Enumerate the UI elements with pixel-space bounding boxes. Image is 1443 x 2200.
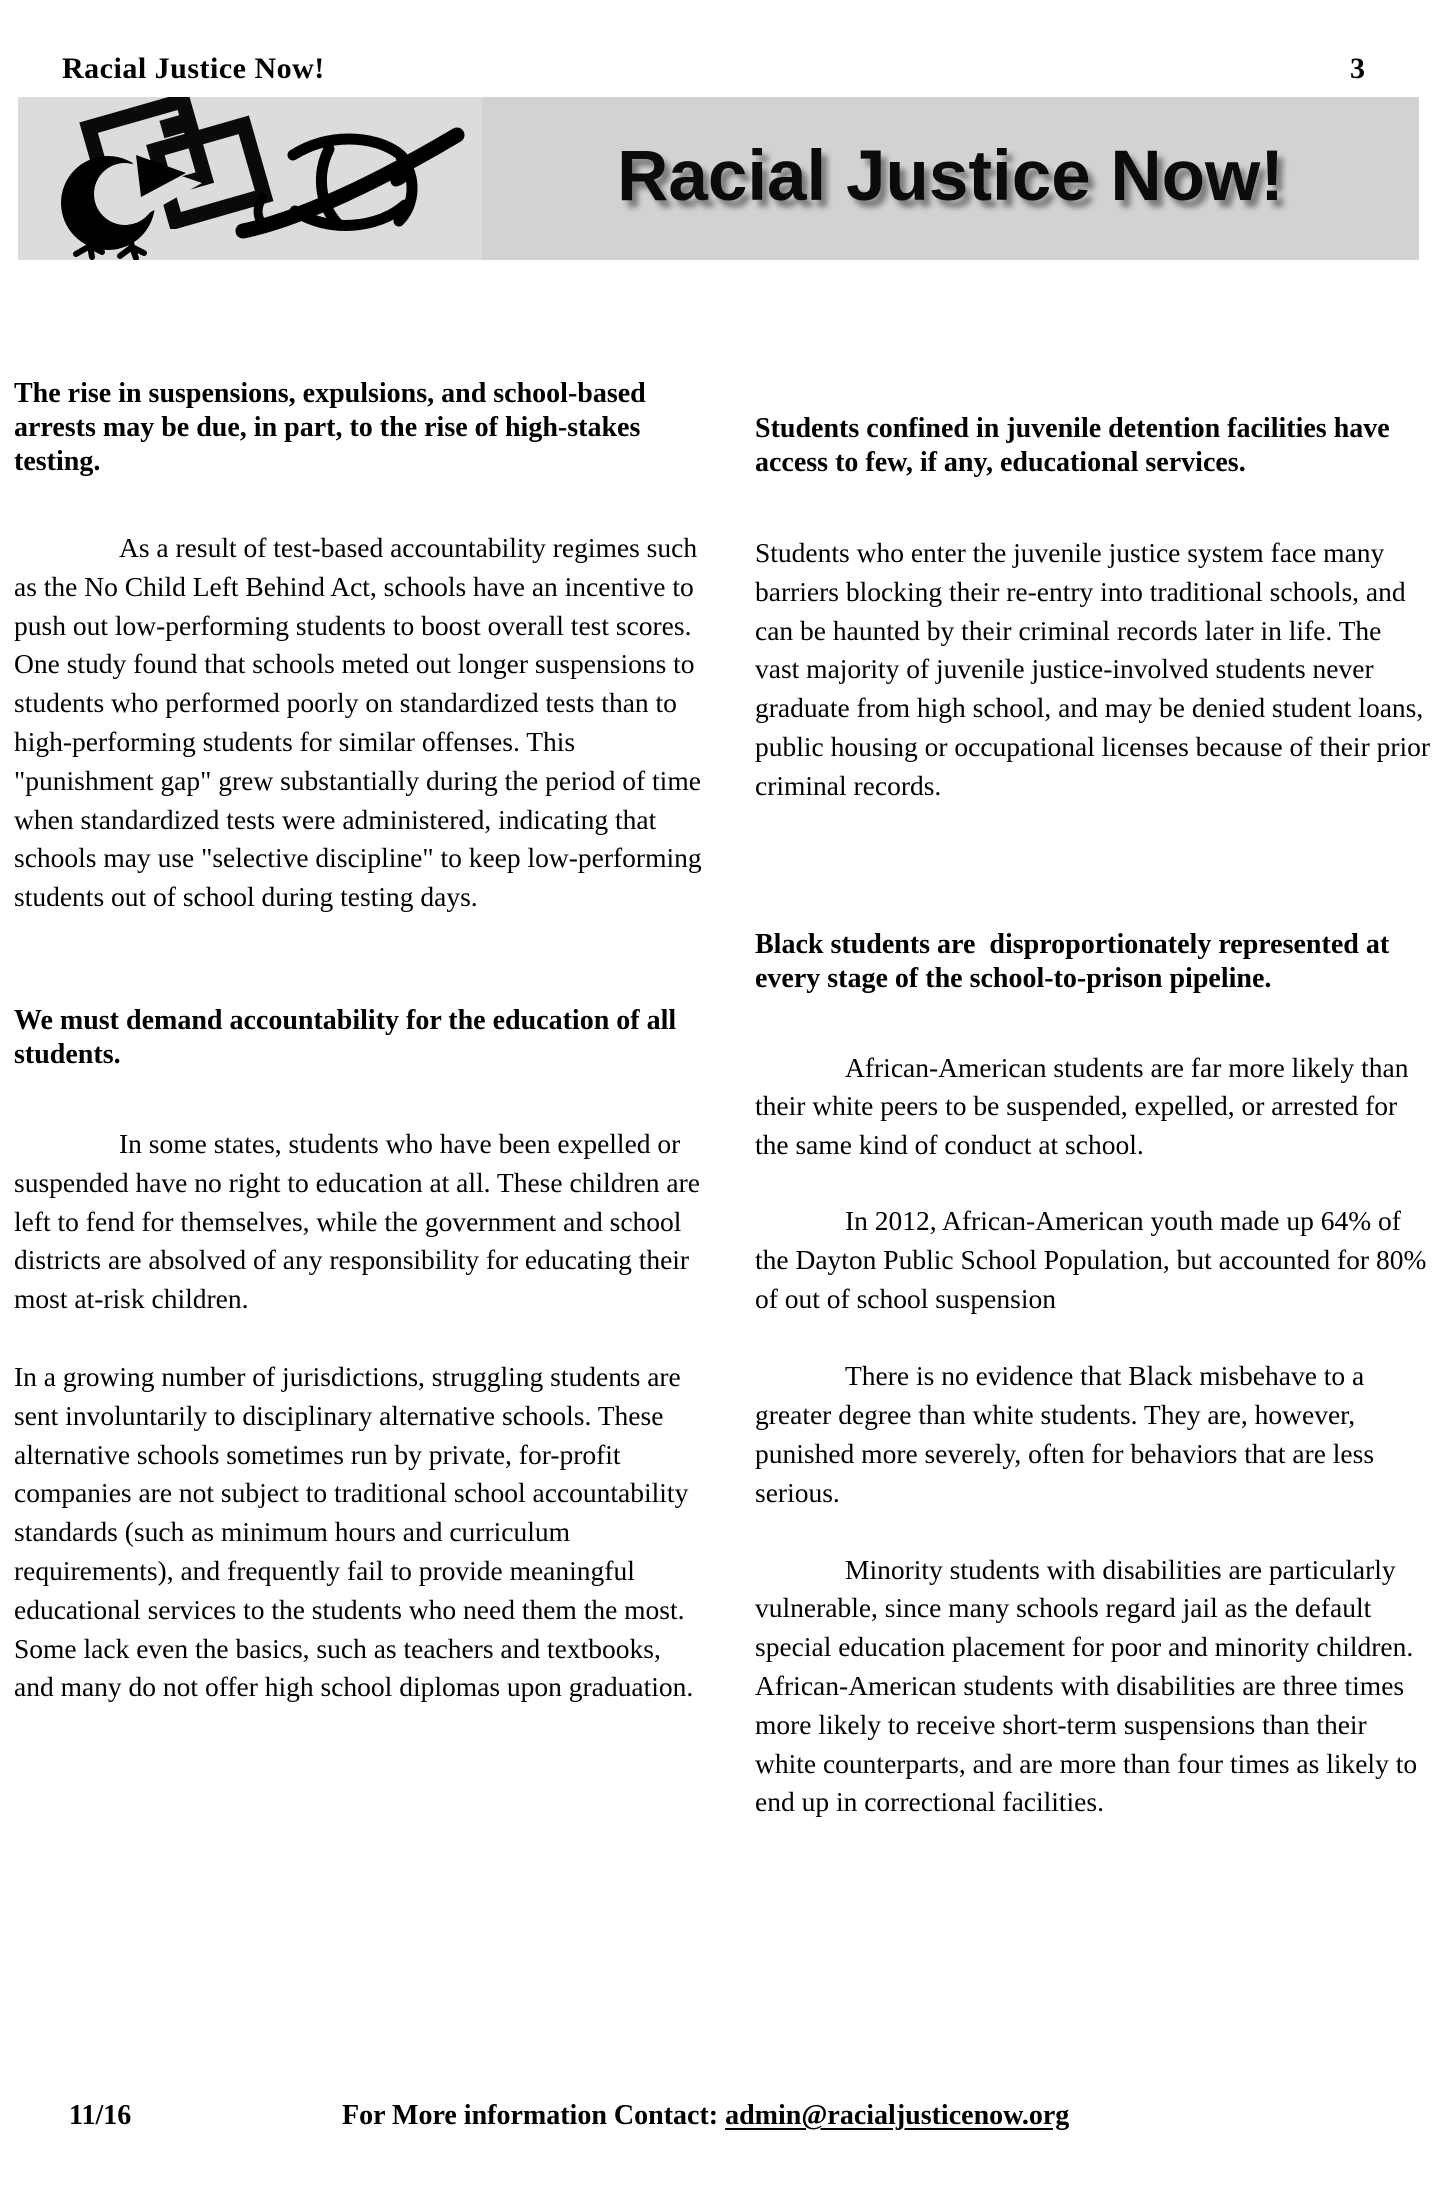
banner: Racial Justice Now!: [18, 97, 1419, 260]
body-paragraph: Students who enter the juvenile justice …: [755, 534, 1431, 806]
masthead-title: Racial Justice Now!: [62, 52, 325, 86]
section-heading: Students confined in juvenile detention …: [755, 412, 1431, 480]
banner-title-area: Racial Justice Now!: [482, 97, 1419, 260]
body-paragraph: In a growing number of jurisdictions, st…: [14, 1358, 706, 1707]
body-paragraph: In 2012, African-American youth made up …: [755, 1202, 1431, 1318]
sankofa-bird-icon: [44, 143, 219, 260]
body-paragraph: African-American students are far more l…: [755, 1049, 1431, 1165]
body-paragraph: Minority students with disabilities are …: [755, 1551, 1431, 1823]
section-heading: The rise in suspensions, expulsions, and…: [14, 377, 706, 479]
column-right: Students confined in juvenile detention …: [755, 412, 1431, 1822]
body-paragraph: There is no evidence that Black misbehav…: [755, 1357, 1431, 1512]
section-heading: Black students are disproportionately re…: [755, 928, 1431, 996]
footer-contact-label: For More information Contact:: [342, 2100, 725, 2131]
swirl-cross-icon: [231, 125, 471, 243]
footer-issue-date: 11/16: [69, 2100, 131, 2132]
logo: [18, 97, 482, 260]
banner-title: Racial Justice Now!: [617, 136, 1284, 221]
body-paragraph: As a result of test-based accountability…: [14, 529, 706, 917]
body-paragraph: In some states, students who have been e…: [14, 1125, 706, 1319]
page-number: 3: [1350, 52, 1365, 86]
newsletter-page: Racial Justice Now! 3: [0, 0, 1443, 2200]
section-heading: We must demand accountability for the ed…: [14, 1004, 706, 1072]
column-left: The rise in suspensions, expulsions, and…: [14, 377, 706, 1707]
footer-contact: For More information Contact: admin@raci…: [342, 2100, 1069, 2132]
footer-contact-email[interactable]: admin@racialjusticenow.org: [725, 2100, 1069, 2131]
